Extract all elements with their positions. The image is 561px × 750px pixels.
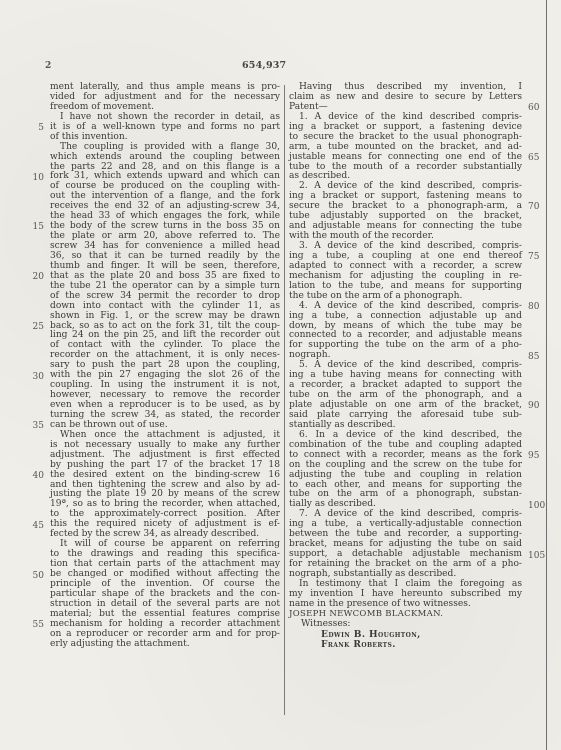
line-number: 25: [28, 322, 44, 332]
witness-name: Frank Roberts.: [289, 640, 522, 650]
text-line: adjusting the tube and coupling in relat…: [289, 471, 522, 481]
line-number: 60: [528, 103, 546, 113]
line-number: 10: [28, 173, 44, 183]
line-number: 30: [28, 372, 44, 382]
line-number: 90: [528, 401, 546, 411]
line-number: 75: [528, 252, 546, 262]
page-number: 2: [45, 61, 51, 71]
text-line: on a reproducer or recorder arm and for …: [50, 630, 280, 640]
text-line: erly adjusting the attachment.: [50, 640, 280, 650]
line-number: 40: [28, 471, 44, 481]
page-edge-border: [546, 0, 547, 750]
column-divider: [284, 85, 285, 715]
line-number: 15: [28, 222, 44, 232]
line-number: 55: [28, 620, 44, 630]
text-line: ing a tube, a connection adjustable up a…: [289, 312, 522, 322]
page-header: 2 654,937: [0, 56, 561, 76]
text-line: which extends around the coupling betwee…: [50, 153, 280, 163]
line-number: 35: [28, 421, 44, 431]
text-line: justable means for connecting one end of…: [289, 153, 522, 163]
line-number: 65: [528, 153, 546, 163]
line-number: 5: [28, 123, 44, 133]
line-number: 105: [528, 551, 546, 561]
right-column-text: Having thus described my invention, Icla…: [289, 83, 522, 649]
patent-number: 654,937: [242, 60, 286, 71]
line-number: 50: [28, 571, 44, 581]
patent-page: 2 654,937 ment laterally, and thus ample…: [0, 0, 561, 750]
line-number: 85: [528, 352, 546, 362]
line-number: 70: [528, 202, 546, 212]
witness-name: Edwin B. Houghton,: [289, 630, 522, 640]
text-line: the desired extent on the binding-screw …: [50, 471, 280, 481]
left-column-text: ment laterally, and thus ample means is …: [50, 83, 280, 649]
text-line: shown in Fig. 1, or the screw may be dra…: [50, 312, 280, 322]
line-number: 20: [28, 272, 44, 282]
line-number: 95: [528, 451, 546, 461]
line-number: 100: [528, 501, 546, 511]
line-number: 45: [28, 521, 44, 531]
line-number: 80: [528, 302, 546, 312]
